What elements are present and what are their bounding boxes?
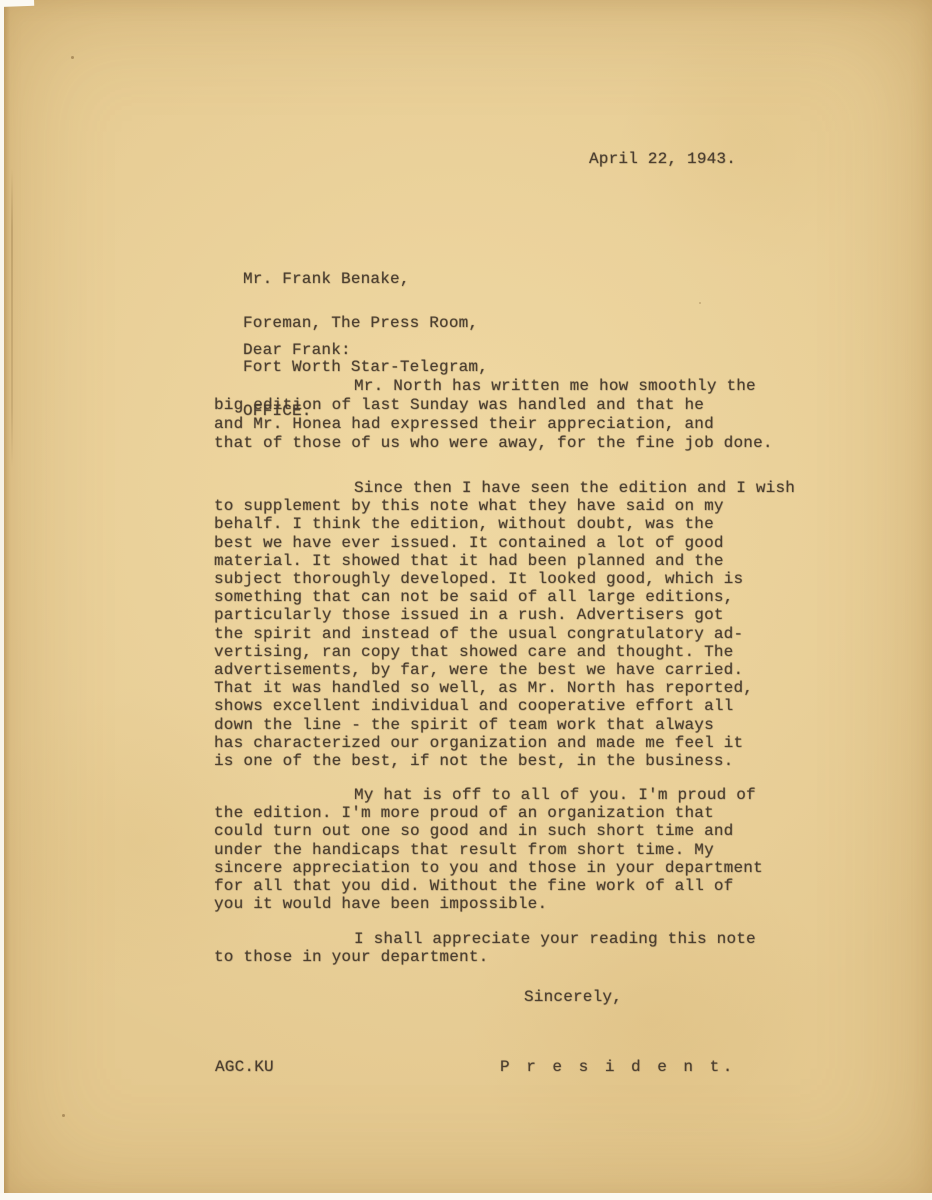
salutation: Dear Frank: [243, 341, 351, 359]
paper-edge-shadow [4, 0, 10, 1200]
signature-title: P r e s i d e n t. [500, 1058, 736, 1076]
recipient-name: Mr. Frank Benake, [243, 268, 488, 290]
letter-date: April 22, 1943. [589, 150, 736, 168]
paragraph-4: I shall appreciate your reading this not… [214, 930, 804, 966]
scan-edge-bottom [0, 1193, 932, 1200]
paper-speckle [699, 302, 701, 304]
paragraph-2: Since then I have seen the edition and I… [214, 479, 804, 770]
closing: Sincerely, [524, 988, 622, 1006]
paper-speckle [62, 1114, 65, 1117]
reference-initials: AGC.KU [215, 1058, 274, 1076]
recipient-title: Foreman, The Press Room, [243, 312, 488, 334]
paragraph-1: Mr. North has written me how smoothly th… [214, 377, 804, 453]
paper-crease [11, 168, 13, 468]
paper-speckle [71, 56, 74, 59]
scan-corner-wedge [0, 0, 34, 7]
recipient-company: Fort Worth Star-Telegram, [243, 356, 488, 378]
letter-page: April 22, 1943. Mr. Frank Benake, Forema… [0, 0, 932, 1200]
paragraph-3: My hat is off to all of you. I'm proud o… [214, 786, 804, 913]
